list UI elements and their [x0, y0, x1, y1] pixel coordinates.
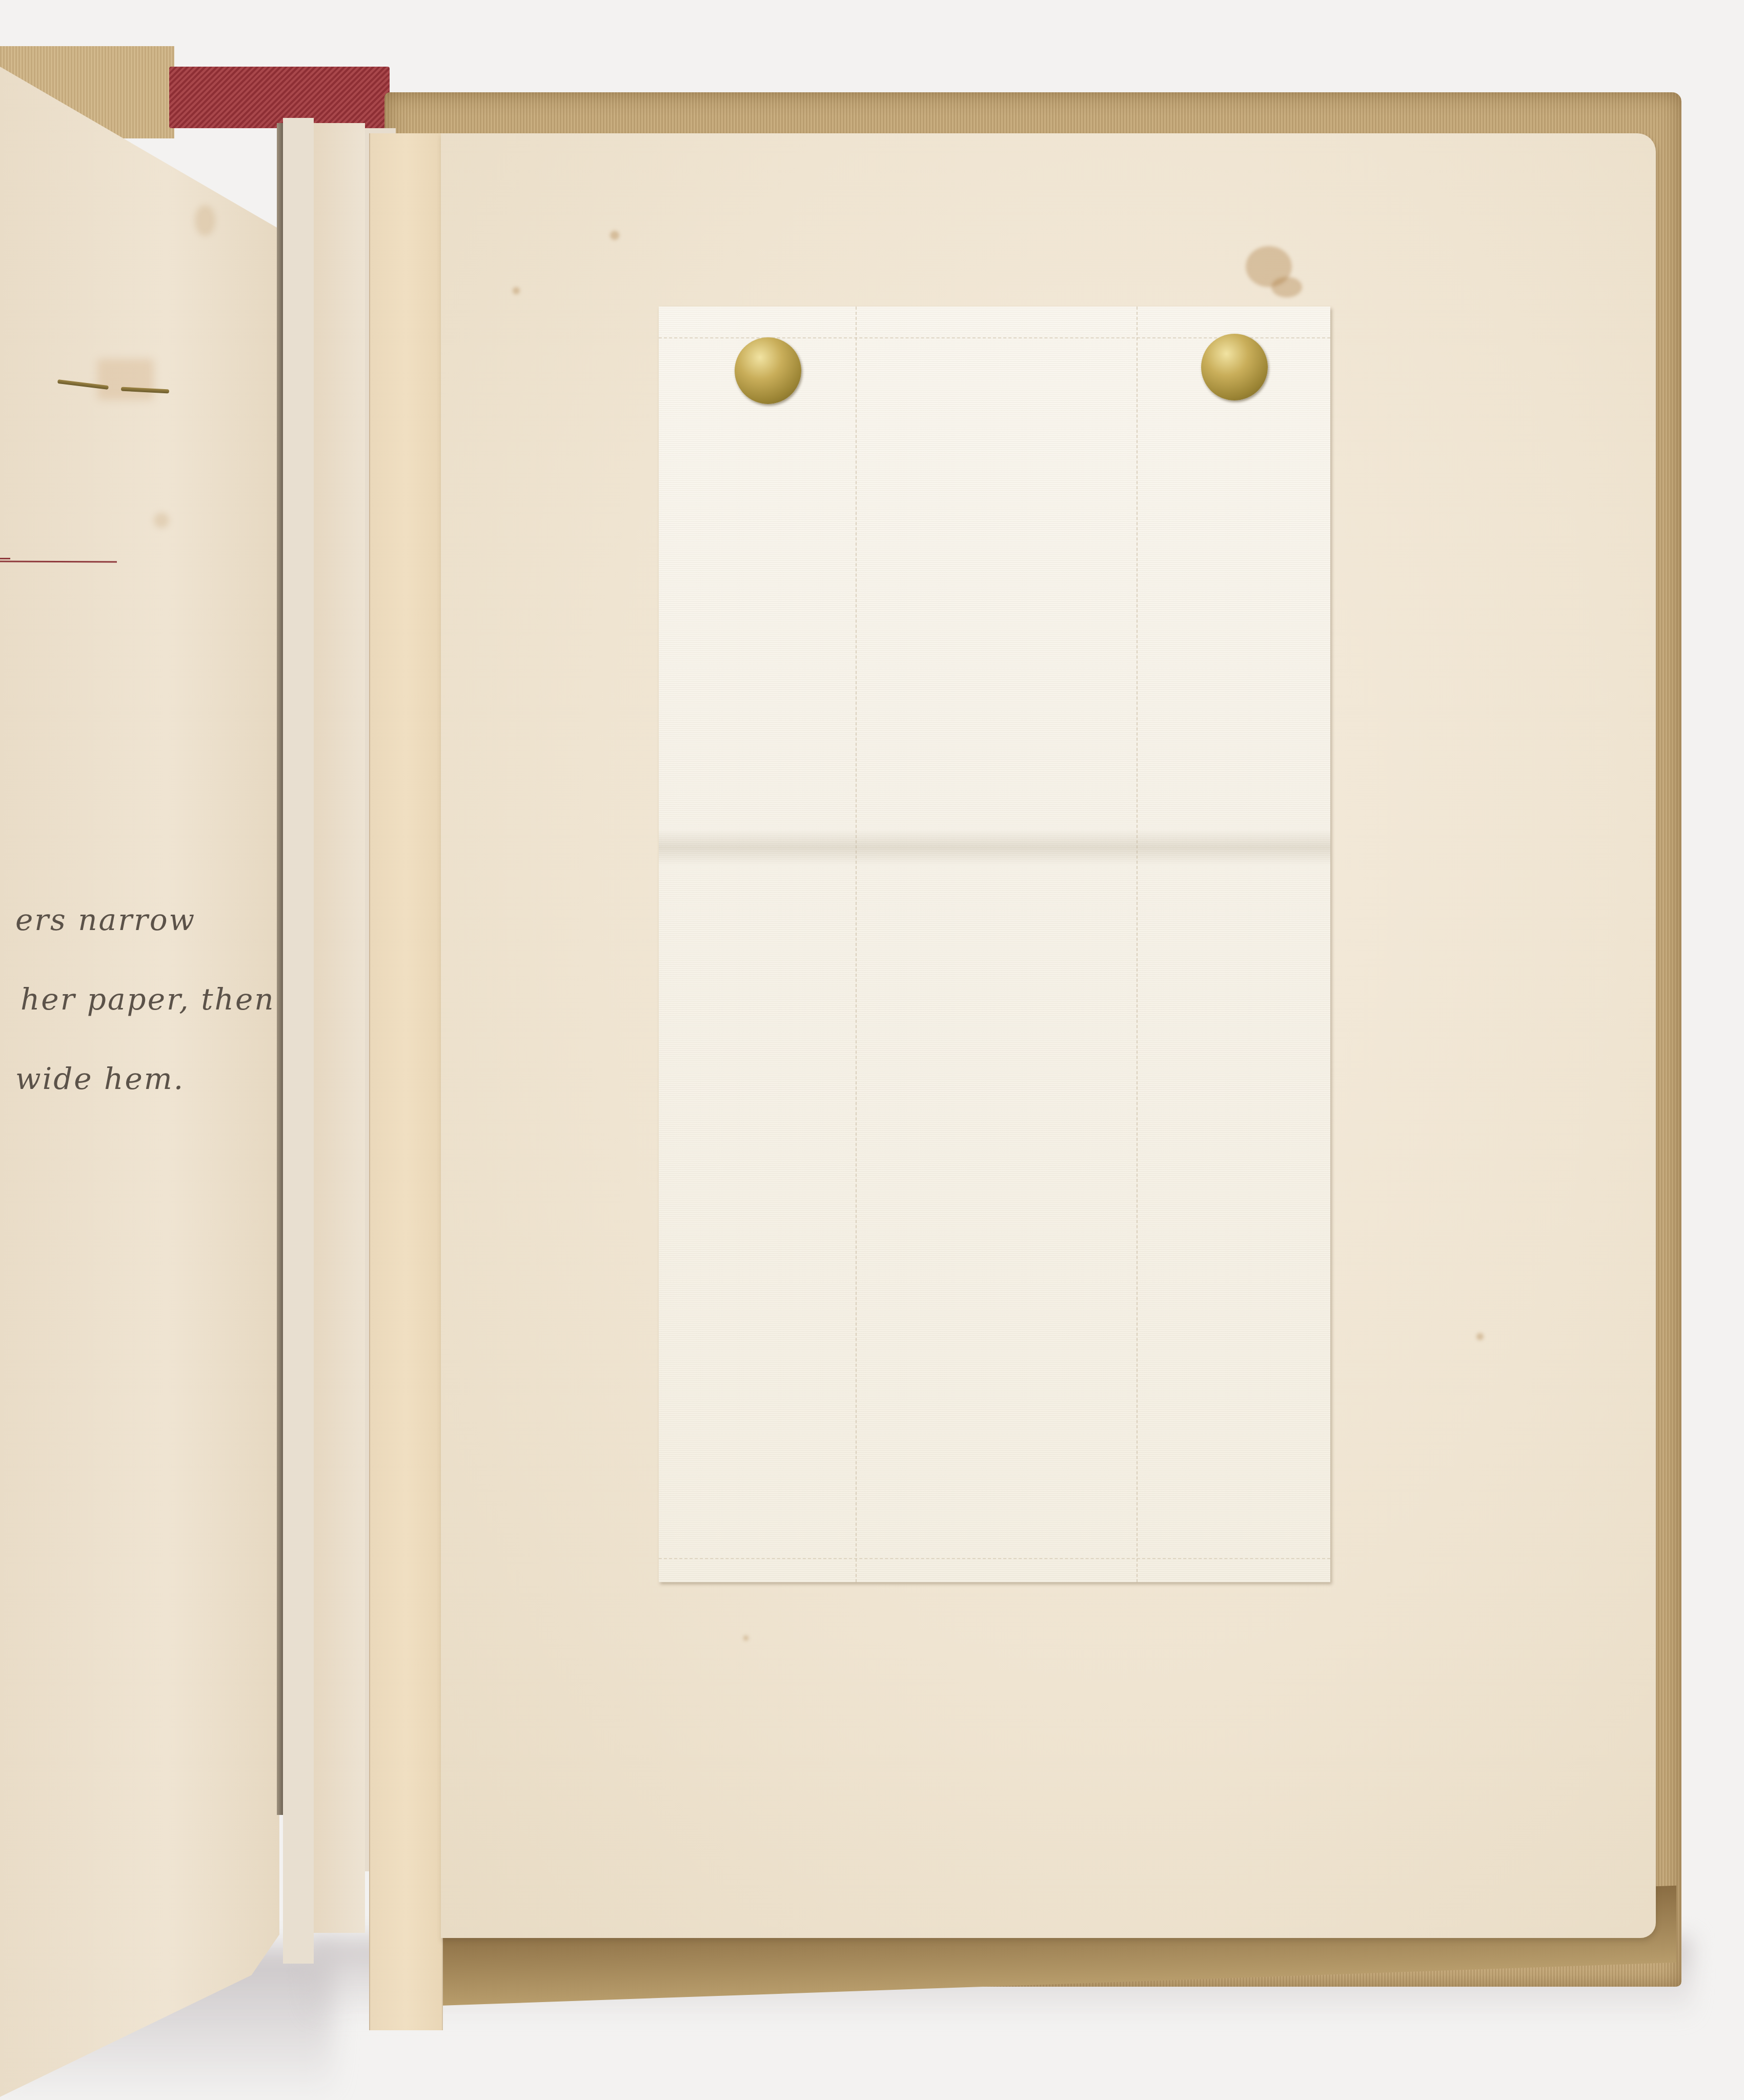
foxing-spot	[743, 1635, 748, 1641]
brass-snap-icon	[1201, 334, 1268, 400]
handwriting-line: ers narrow	[15, 902, 196, 937]
seam-line	[1137, 307, 1139, 1582]
hinge-strip	[369, 133, 443, 2030]
foxing-spot	[513, 287, 520, 294]
seam-line	[856, 307, 858, 1582]
page-stain	[154, 513, 169, 528]
fabric-crease	[659, 830, 1330, 865]
page-stain	[195, 205, 215, 236]
foxing-spot	[1476, 1333, 1484, 1340]
bottom-hem-stitch	[659, 1558, 1330, 1559]
foxing-spot	[610, 231, 619, 240]
cloth-sample	[659, 307, 1330, 1582]
left-page-edge	[277, 123, 283, 1815]
handwriting-line: her paper, then	[21, 982, 275, 1017]
gutter-leaf	[283, 118, 314, 1964]
red-spine	[169, 67, 390, 128]
brass-snap-icon	[735, 337, 801, 404]
red-ruled-line	[0, 558, 10, 559]
foxing-cluster	[1271, 277, 1302, 297]
gutter-leaf	[314, 123, 365, 1933]
pin-rust-stain	[97, 359, 154, 400]
handwriting-line: wide hem.	[15, 1061, 185, 1096]
